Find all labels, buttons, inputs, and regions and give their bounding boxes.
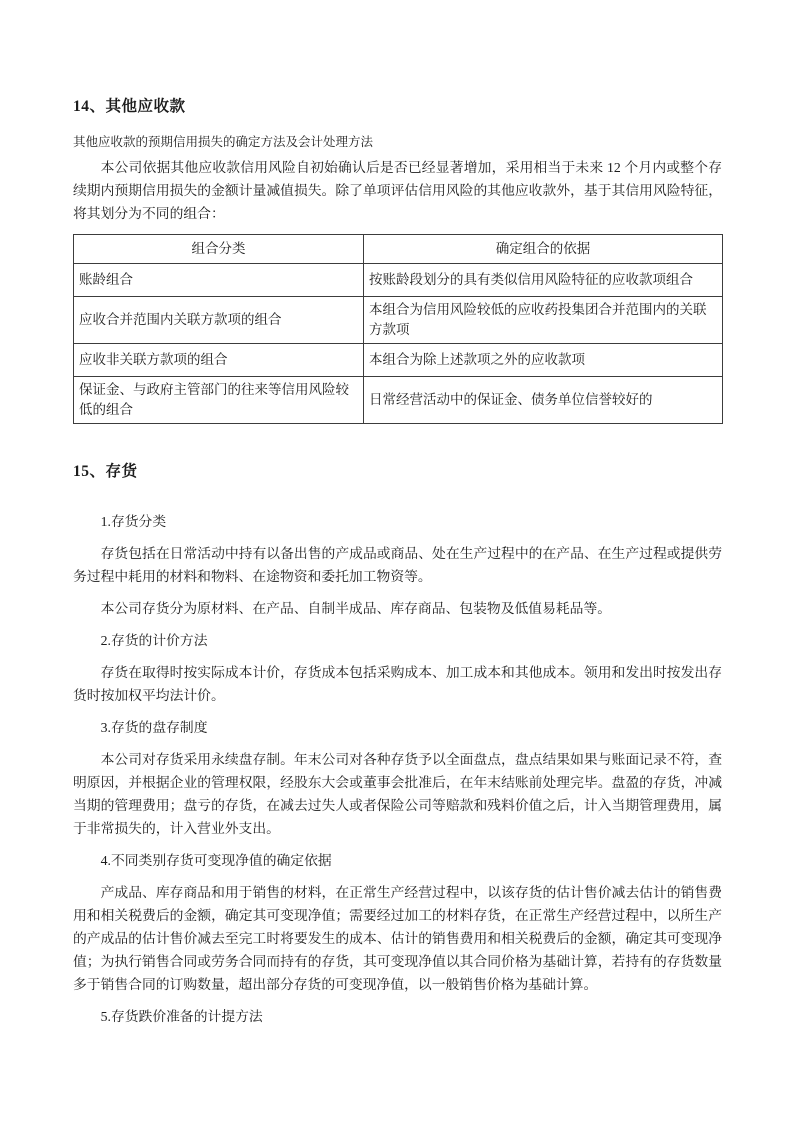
table-cell-basis: 日常经营活动中的保证金、债务单位信誉较好的 (364, 377, 723, 424)
table-cell-class: 应收合并范围内关联方款项的组合 (74, 297, 364, 344)
table-cell-class: 应收非关联方款项的组合 (74, 344, 364, 377)
inventory-item-title-3: 3.存货的盘存制度 (73, 716, 722, 739)
section-inventory: 15、存货 1.存货分类 存货包括在日常活动中持有以备出售的产成品或商品、处在生… (73, 462, 722, 1028)
inventory-paragraph: 存货在取得时按实际成本计价，存货成本包括采购成本、加工成本和其他成本。领用和发出… (73, 661, 722, 707)
table-header-row: 组合分类 确定组合的依据 (74, 235, 723, 264)
inventory-paragraph: 本公司对存货采用永续盘存制。年末公司对各种存货予以全面盘点，盘点结果如果与账面记… (73, 748, 722, 840)
table-row: 账龄组合 按账龄段划分的具有类似信用风险特征的应收款项组合 (74, 264, 723, 297)
section14-paragraph: 本公司依据其他应收款信用风险自初始确认后是否已经显著增加，采用相当于未来 12 … (73, 156, 722, 225)
inventory-paragraph: 存货包括在日常活动中持有以备出售的产成品或商品、处在生产过程中的在产品、在生产过… (73, 542, 722, 588)
section14-heading: 14、其他应收款 (73, 97, 722, 117)
table-cell-basis: 按账龄段划分的具有类似信用风险特征的应收款项组合 (364, 264, 723, 297)
inventory-item-title-4: 4.不同类别存货可变现净值的确定依据 (73, 849, 722, 872)
section-other-receivables: 14、其他应收款 其他应收款的预期信用损失的确定方法及会计处理方法 本公司依据其… (73, 97, 722, 424)
table-row: 应收非关联方款项的组合 本组合为除上述款项之外的应收款项 (74, 344, 723, 377)
table-cell-basis: 本组合为除上述款项之外的应收款项 (364, 344, 723, 377)
inventory-paragraph: 产成品、库存商品和用于销售的材料，在正常生产经营过程中，以该存货的估计售价减去估… (73, 881, 722, 996)
table-cell-basis: 本组合为信用风险较低的应收药投集团合并范围内的关联方款项 (364, 297, 723, 344)
table-header-portfolio-basis: 确定组合的依据 (364, 235, 723, 264)
table-cell-class: 账龄组合 (74, 264, 364, 297)
inventory-item-title-5: 5.存货跌价准备的计提方法 (73, 1005, 722, 1028)
table-row: 应收合并范围内关联方款项的组合 本组合为信用风险较低的应收药投集团合并范围内的关… (74, 297, 723, 344)
section15-heading: 15、存货 (73, 462, 722, 482)
page-content: 14、其他应收款 其他应收款的预期信用损失的确定方法及会计处理方法 本公司依据其… (73, 97, 722, 1037)
document-page: 14、其他应收款 其他应收款的预期信用损失的确定方法及会计处理方法 本公司依据其… (0, 0, 793, 1122)
table-header-portfolio-class: 组合分类 (74, 235, 364, 264)
table-row: 保证金、与政府主管部门的往来等信用风险较低的组合 日常经营活动中的保证金、债务单… (74, 377, 723, 424)
table-cell-class: 保证金、与政府主管部门的往来等信用风险较低的组合 (74, 377, 364, 424)
inventory-item-title-1: 1.存货分类 (73, 510, 722, 533)
inventory-item-title-2: 2.存货的计价方法 (73, 629, 722, 652)
section14-subheading: 其他应收款的预期信用损失的确定方法及会计处理方法 (73, 134, 722, 150)
inventory-paragraph: 本公司存货分为原材料、在产品、自制半成品、库存商品、包装物及低值易耗品等。 (73, 597, 722, 620)
credit-risk-portfolio-table: 组合分类 确定组合的依据 账龄组合 按账龄段划分的具有类似信用风险特征的应收款项… (73, 234, 723, 424)
